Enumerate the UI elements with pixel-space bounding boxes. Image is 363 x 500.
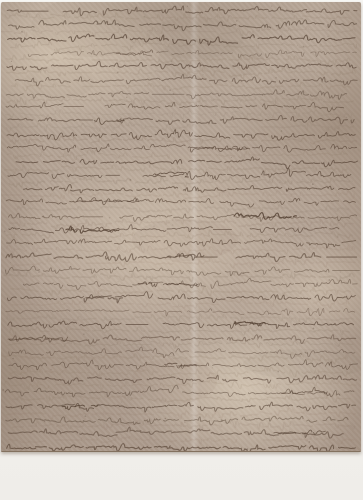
letter-page bbox=[1, 2, 361, 452]
handwriting-layer bbox=[1, 2, 361, 451]
scanner-background bbox=[0, 0, 363, 500]
